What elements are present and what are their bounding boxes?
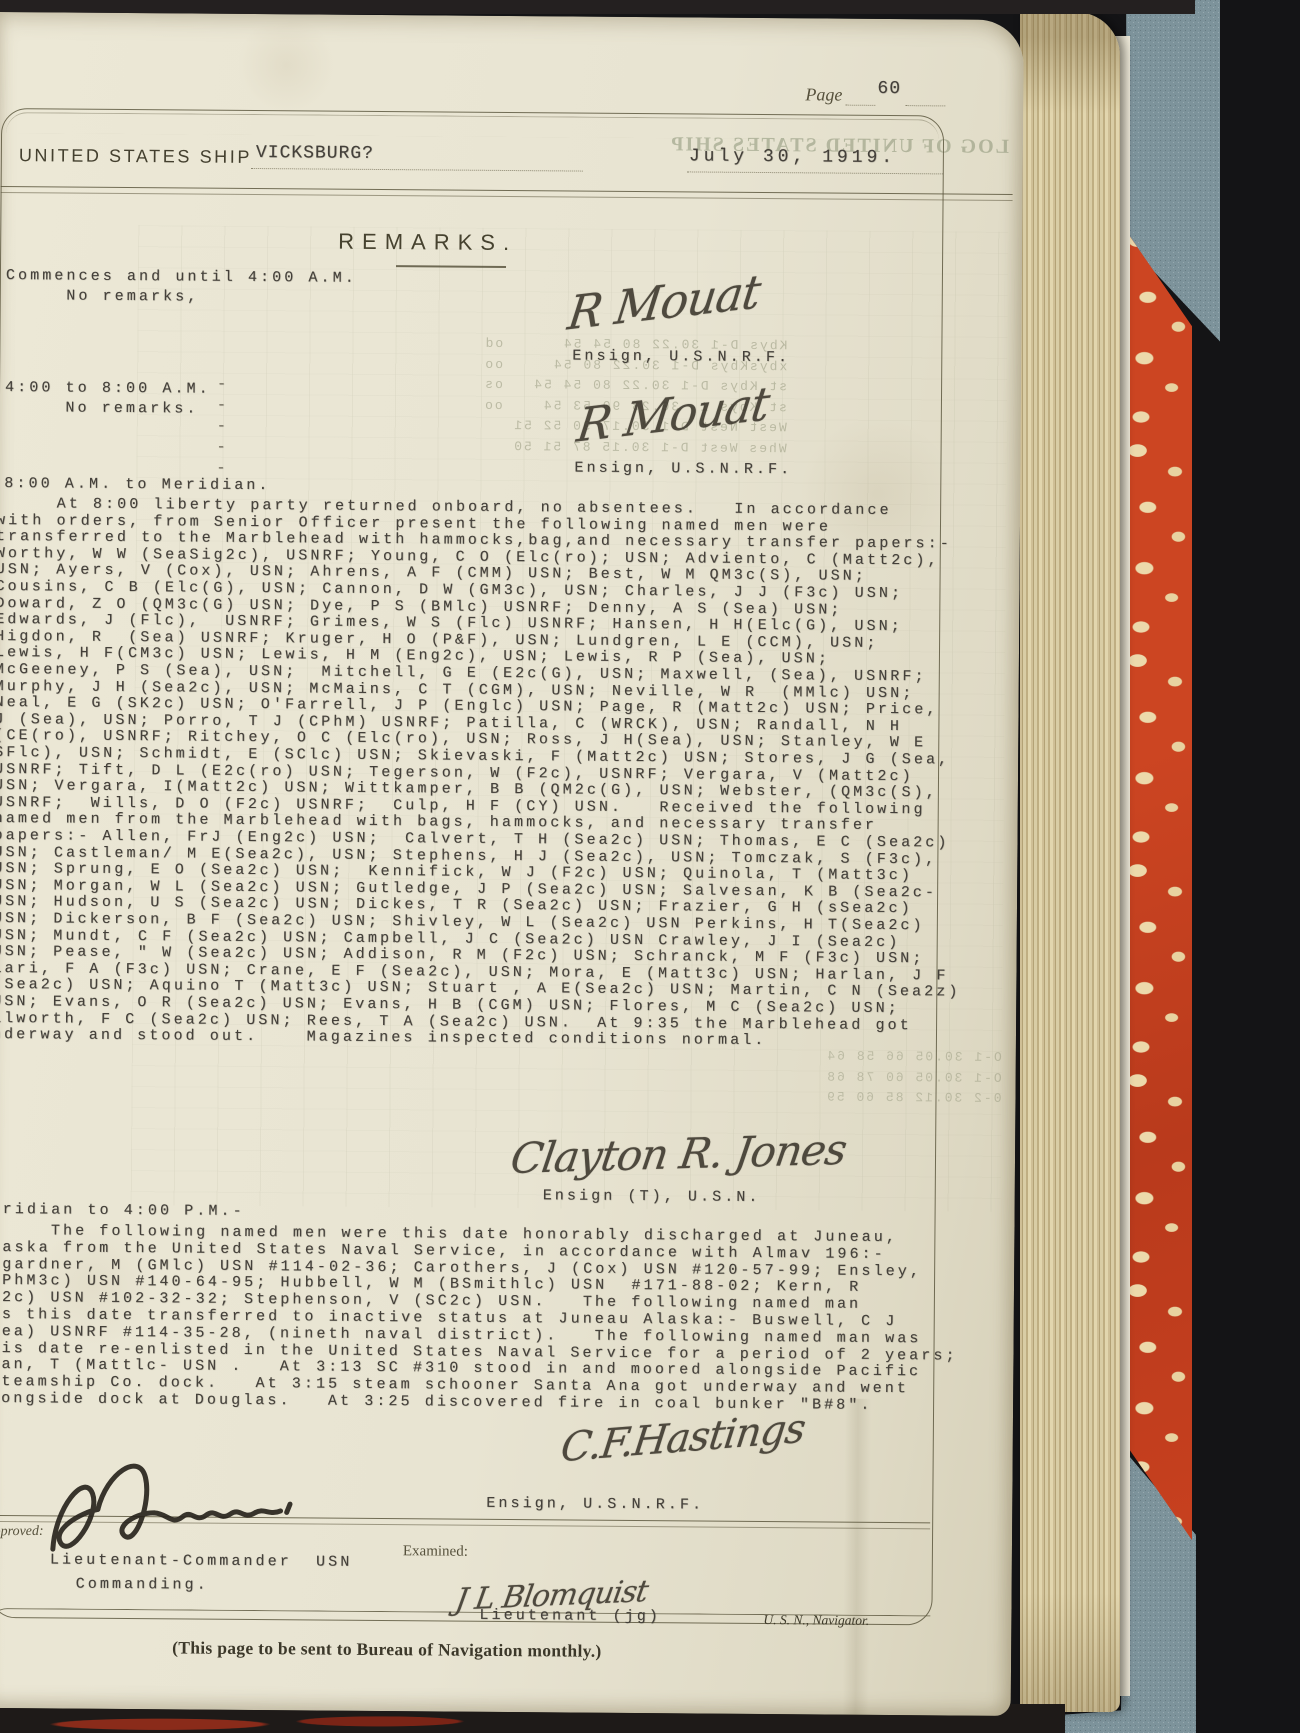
log-page: LOG OF UNITED STATES SHIP Kbys D-1 30.22… xyxy=(0,12,1024,1716)
entry-2-line: No remarks. xyxy=(5,400,199,418)
entry-2-signature-title: Ensign, U.S.N.R.F. xyxy=(574,461,792,479)
marbled-cover-paper xyxy=(1124,228,1192,1540)
page-block-edges xyxy=(1020,12,1120,1712)
page-number: 60 xyxy=(877,81,901,98)
dash-mark: - xyxy=(217,398,229,415)
navigator-label: U. S. N., Navigator. xyxy=(763,1612,869,1629)
form-border-inner-line xyxy=(6,112,939,140)
entry-3-signature-title: Ensign (T), U.S.N. xyxy=(543,1188,761,1206)
examined-title: Lieutenant (jg) xyxy=(479,1608,661,1626)
entry-4-signature-title: Ensign, U.S.N.R.F. xyxy=(486,1496,704,1514)
entry-1-line: No remarks, xyxy=(6,288,200,306)
bureau-note: (This page to be sent to Bureau of Navig… xyxy=(172,1637,602,1661)
entry-1-signature-title: Ensign, U.S.N.R.F. xyxy=(572,349,790,367)
remarks-title: REMARKS. xyxy=(338,229,517,256)
dash-mark: - xyxy=(216,461,228,478)
approved-title-line2: Commanding. xyxy=(76,1577,209,1595)
page-leader-dots-2 xyxy=(905,103,945,106)
log-date: July 30, 1919. xyxy=(689,148,896,166)
dash-mark: - xyxy=(217,419,229,436)
ship-label: UNITED STATES SHIP xyxy=(19,145,252,168)
entry-3-heading: 8:00 A.M. to Meridian. xyxy=(4,476,270,495)
dash-mark: - xyxy=(217,377,229,394)
photo-top-shadow xyxy=(0,0,1195,14)
entry-4-heading: eridian to 4:00 P.M.- xyxy=(0,1202,245,1221)
entry-3-signature: Clayton R. Jones xyxy=(507,1125,849,1183)
page-label: Page xyxy=(805,84,842,105)
page-leader-dots xyxy=(845,103,875,106)
entry-1-heading: Commences and until 4:00 A.M. xyxy=(6,268,357,287)
approved-title-line1: Lieutenant-Commander USN xyxy=(50,1552,353,1571)
ship-name: VICKSBURG? xyxy=(256,145,374,163)
dash-mark: - xyxy=(217,440,229,457)
log-book-photo: LOG OF UNITED STATES SHIP Kbys D-1 30.22… xyxy=(0,0,1300,1733)
examined-label: Examined: xyxy=(403,1543,468,1561)
entry-2-heading: 4:00 to 8:00 A.M. xyxy=(5,380,211,398)
